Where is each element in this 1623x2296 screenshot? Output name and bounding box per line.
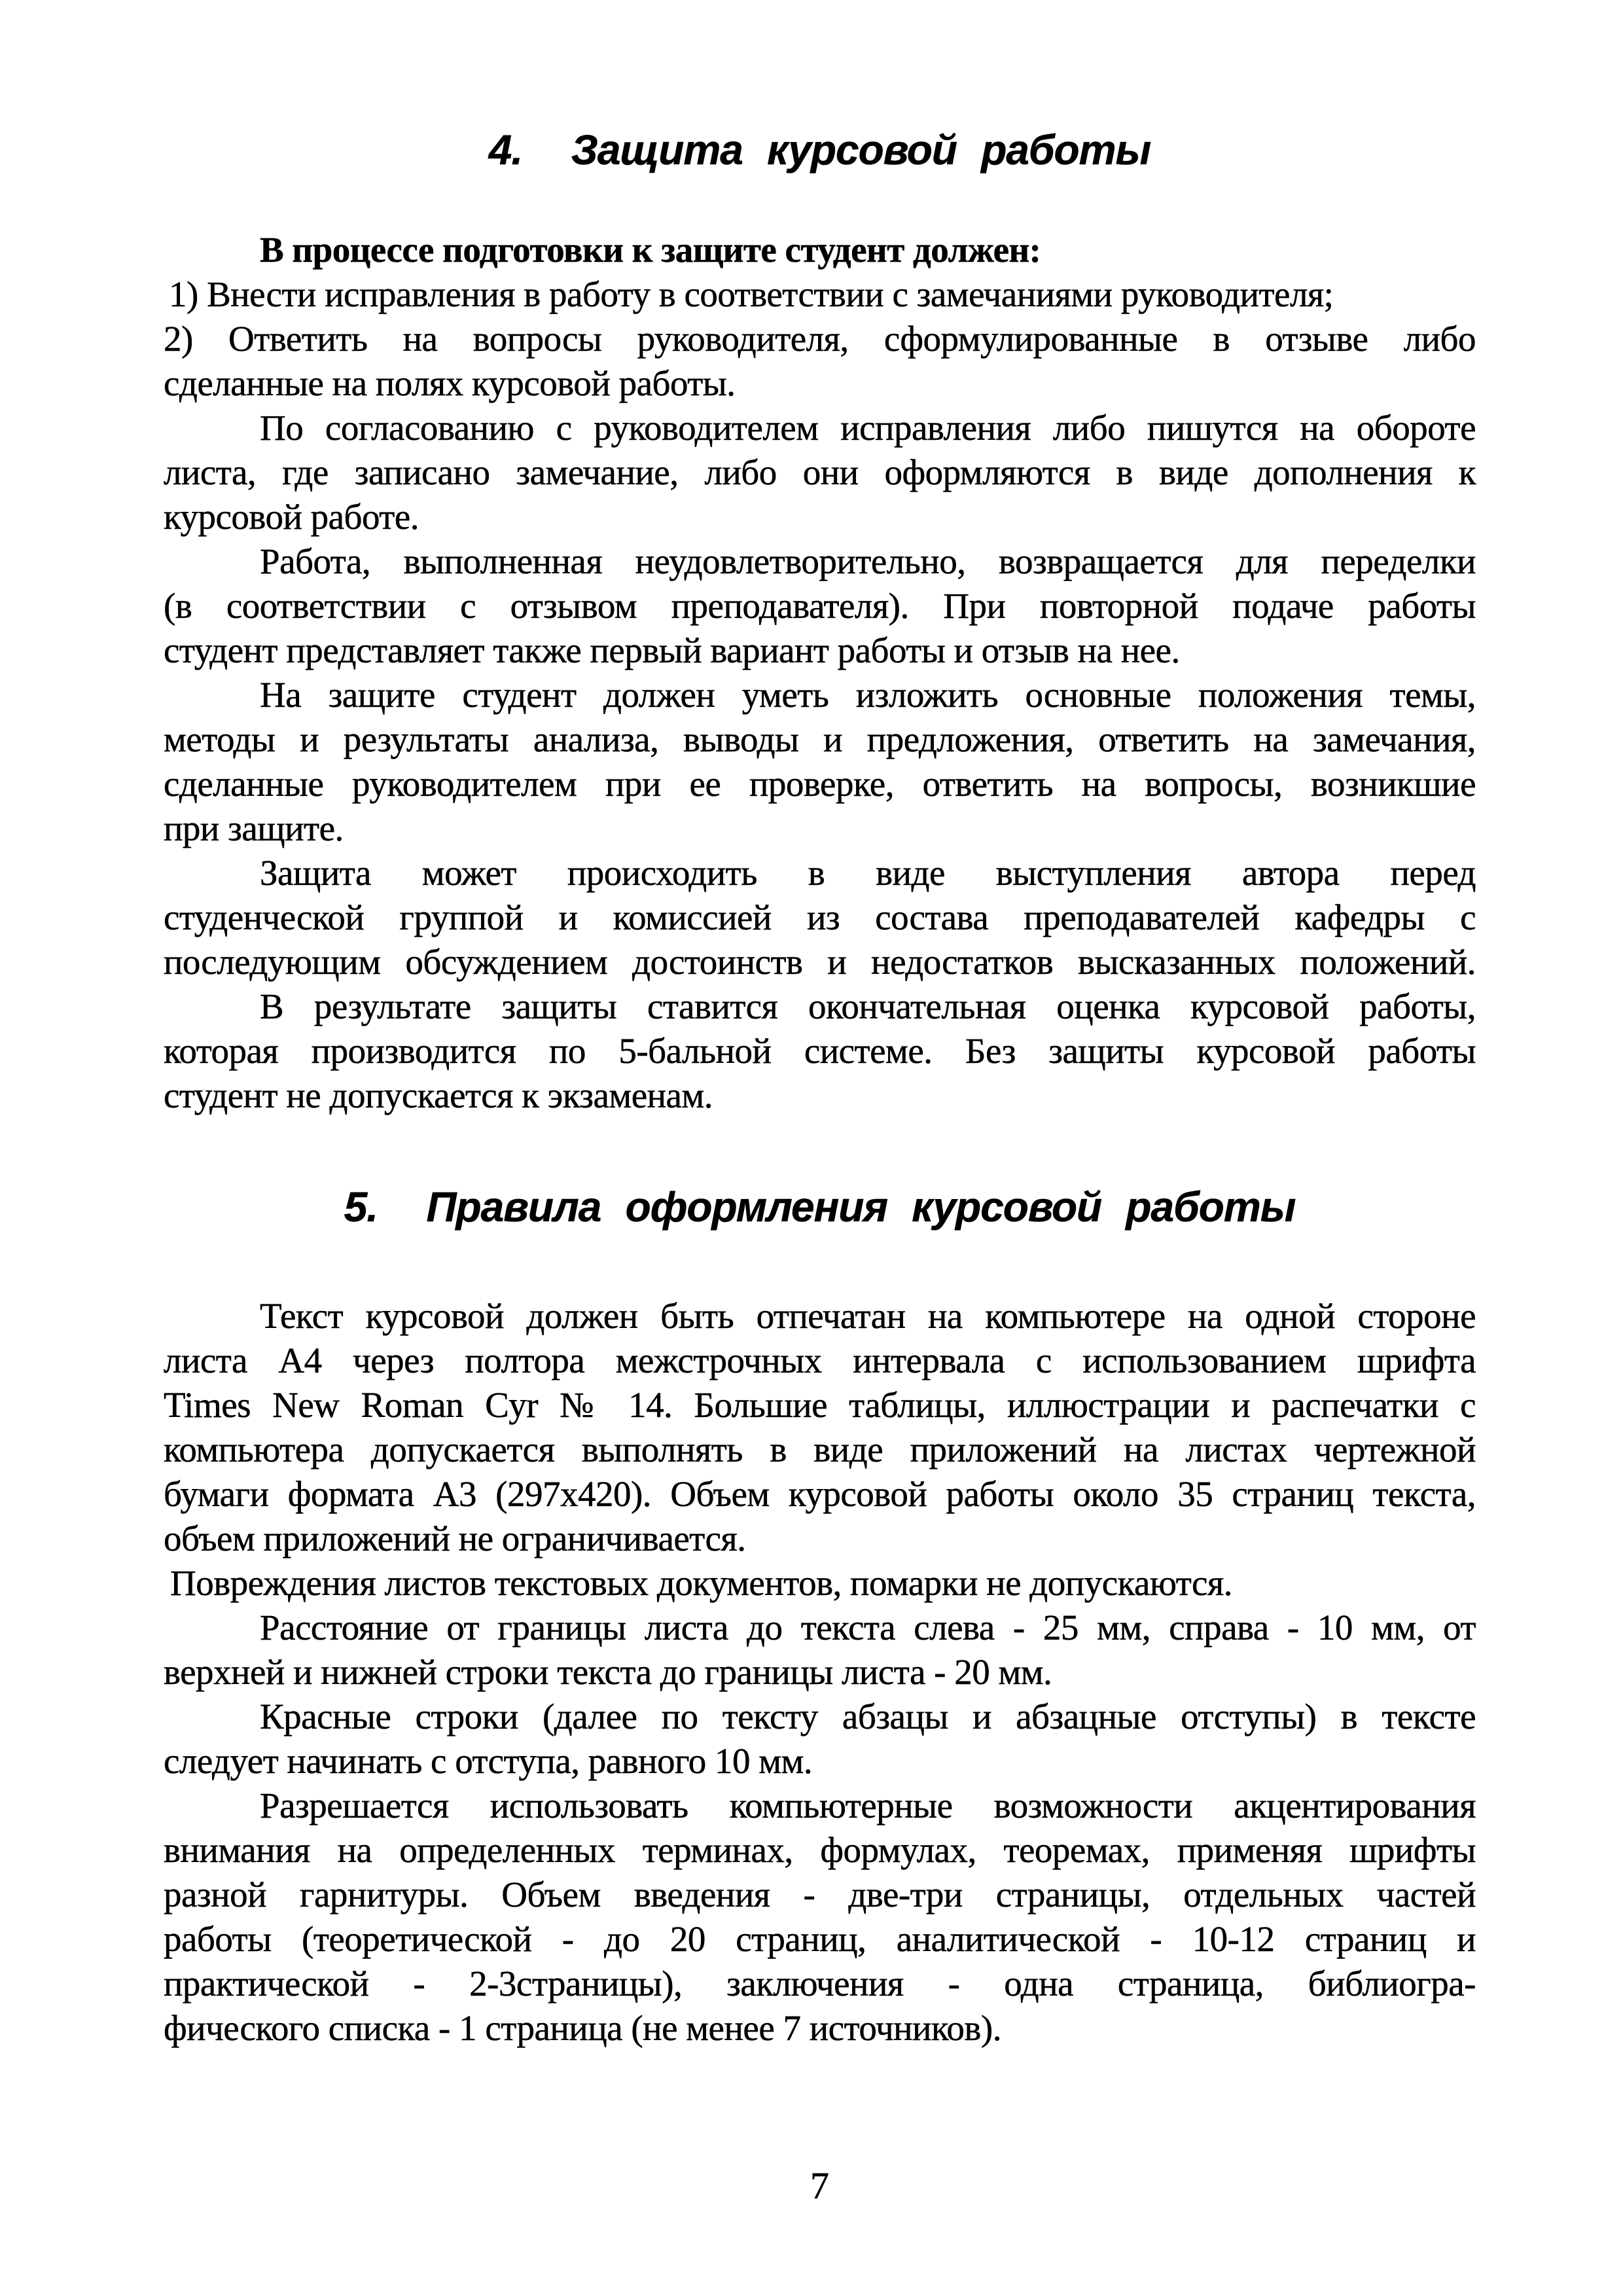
text-line: 2) Ответить на вопросы руководителя, сфо… xyxy=(164,317,1476,361)
paragraph: Текст курсовой должен быть отпечатан на … xyxy=(164,1294,1476,1561)
text-line: В результате защиты ставится окончательн… xyxy=(164,984,1476,1029)
paragraph: 1) Внести исправления в работу в соответ… xyxy=(164,272,1476,317)
text-line: компьютера допускается выполнять в виде … xyxy=(164,1427,1476,1472)
text-line: объем приложений не ограничивается. xyxy=(164,1516,1476,1561)
section-4-heading: 4. Защита курсовой работы xyxy=(164,126,1476,174)
text-line: студент представляет также первый вариан… xyxy=(164,628,1476,673)
text-line: бумаги формата А3 (297х420). Объем курсо… xyxy=(164,1472,1476,1516)
text-line: курсовой работе. xyxy=(164,495,1476,539)
text-line: Times New Roman Cyr № 14. Большие таблиц… xyxy=(164,1383,1476,1427)
paragraph: Защита может происходить в виде выступле… xyxy=(164,851,1476,984)
text-line: Защита может происходить в виде выступле… xyxy=(164,851,1476,895)
text-line: работы (теоретической - до 20 страниц, а… xyxy=(164,1917,1476,1962)
text-line: разной гарнитуры. Объем введения - две-т… xyxy=(164,1873,1476,1917)
text-line: студент не допускается к экзаменам. xyxy=(164,1073,1476,1118)
text-line: Работа, выполненная неудовлетворительно,… xyxy=(164,539,1476,584)
page-content: 4. Защита курсовой работы В процессе под… xyxy=(0,0,1476,2208)
text-line: при защите. xyxy=(164,806,1476,851)
text-line: последующим обсуждением достоинств и нед… xyxy=(164,940,1476,984)
text-line: листа, где записано замечание, либо они … xyxy=(164,450,1476,495)
text-line: внимания на определенных терминах, форму… xyxy=(164,1828,1476,1873)
paragraph: На защите студент должен уметь изложить … xyxy=(164,673,1476,851)
paragraph: Разрешается использовать компьютерные во… xyxy=(164,1784,1476,2051)
text-line: верхней и нижней строки текста до границ… xyxy=(164,1650,1476,1695)
paragraph: 2) Ответить на вопросы руководителя, сфо… xyxy=(164,317,1476,406)
paragraph: Повреждения листов текстовых документов,… xyxy=(164,1561,1476,1605)
document-page: 4. Защита курсовой работы В процессе под… xyxy=(0,0,1623,2296)
paragraph: В результате защиты ставится окончательн… xyxy=(164,984,1476,1118)
text-line: По согласованию с руководителем исправле… xyxy=(164,406,1476,450)
text-line: листа А4 через полтора межстрочных интер… xyxy=(164,1338,1476,1383)
text-line: Повреждения листов текстовых документов,… xyxy=(164,1561,1476,1605)
paragraph: Расстояние от границы листа до текста сл… xyxy=(164,1605,1476,1695)
paragraph: Красные строки (далее по тексту абзацы и… xyxy=(164,1695,1476,1784)
text-line: следует начинать с отступа, равного 10 м… xyxy=(164,1739,1476,1784)
paragraph: Работа, выполненная неудовлетворительно,… xyxy=(164,539,1476,673)
text-line: На защите студент должен уметь изложить … xyxy=(164,673,1476,717)
text-line: методы и результаты анализа, выводы и пр… xyxy=(164,717,1476,762)
text-line: которая производится по 5-бальной систем… xyxy=(164,1029,1476,1073)
text-line: сделанные руководителем при ее проверке,… xyxy=(164,762,1476,806)
page-number: 7 xyxy=(164,2164,1476,2208)
text-line: В процессе подготовки к защите студент д… xyxy=(164,228,1476,272)
paragraph: По согласованию с руководителем исправле… xyxy=(164,406,1476,539)
text-line: Расстояние от границы листа до текста сл… xyxy=(164,1605,1476,1650)
section-defense-of-coursework: 4. Защита курсовой работы В процессе под… xyxy=(164,126,1476,1118)
section-formatting-rules: 5. Правила оформления курсовой работы Те… xyxy=(164,1183,1476,2051)
section-5-heading: 5. Правила оформления курсовой работы xyxy=(164,1183,1476,1231)
text-line: студенческой группой и комиссией из сост… xyxy=(164,895,1476,940)
text-line: практической - 2-3страницы), заключения … xyxy=(164,1962,1476,2006)
section-5-body: Текст курсовой должен быть отпечатан на … xyxy=(164,1294,1476,2051)
text-line: сделанные на полях курсовой работы. xyxy=(164,361,1476,406)
paragraph: В процессе подготовки к защите студент д… xyxy=(164,228,1476,272)
text-line: (в соответствии с отзывом преподавателя)… xyxy=(164,584,1476,628)
text-line: фического списка - 1 страница (не менее … xyxy=(164,2006,1476,2051)
text-line: Текст курсовой должен быть отпечатан на … xyxy=(164,1294,1476,1338)
text-line: Разрешается использовать компьютерные во… xyxy=(164,1784,1476,1828)
text-line: Красные строки (далее по тексту абзацы и… xyxy=(164,1695,1476,1739)
text-line: 1) Внести исправления в работу в соответ… xyxy=(164,272,1476,317)
section-4-body: В процессе подготовки к защите студент д… xyxy=(164,228,1476,1118)
